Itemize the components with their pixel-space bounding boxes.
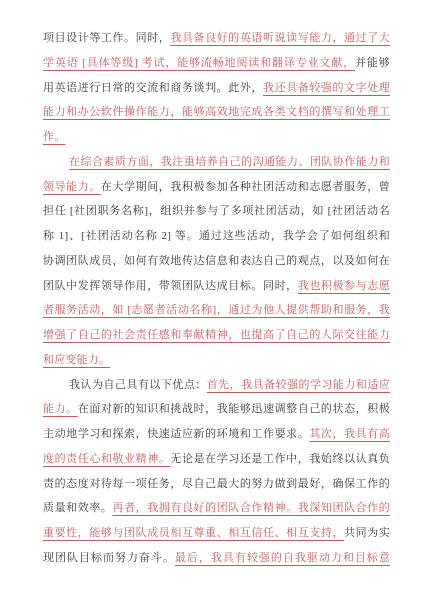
text-line: 重要性，能够与团队成员相互尊重、相互信任、相互支持，共同为实 bbox=[43, 521, 390, 546]
text-segment: 质量和效率。 bbox=[43, 502, 112, 514]
text-segment: 协调团队成员，如何有效地传达信息和表达自己的观点，以及如何在 bbox=[43, 255, 390, 267]
text-segment: 在大学期间，我积极参加各种社团活动和志愿者服务，曾 bbox=[101, 181, 390, 193]
text-line: 质量和效率。再者，我拥有良好的团队合作精神。我深知团队合作的 bbox=[43, 496, 390, 521]
text-line: 能力。在面对新的知识和挑战时，我能够迅速调整自己的状态，积极 bbox=[43, 397, 390, 422]
inserted-text-segment: 增强了自己的社会责任感和奉献精神，也提高了自己的人际交往能力 bbox=[43, 329, 390, 341]
text-line: 增强了自己的社会责任感和奉献精神，也提高了自己的人际交往能力 bbox=[43, 323, 390, 348]
text-segment: 在面对新的知识和挑战时，我能够迅速调整自己的状态，积极 bbox=[78, 403, 390, 415]
inserted-text-segment: 度的责任心和敬业精神。 bbox=[43, 453, 170, 465]
text-line: 领导能力。在大学期间，我积极参加各种社团活动和志愿者服务，曾 bbox=[43, 175, 390, 200]
inserted-text-segment: 学英语 [具体等级] 考试，能够流畅地阅读和翻译专业文献， bbox=[43, 57, 355, 69]
inserted-text-segment: 和应变能力。 bbox=[43, 354, 110, 366]
inserted-text-segment: 我也积极参与志愿 bbox=[298, 280, 390, 292]
text-segment: 现团队目标而努力奋斗。 bbox=[43, 552, 175, 564]
inserted-text-segment: 我还具备较强的文字处理 bbox=[263, 82, 390, 94]
text-segment: 团队中发挥领导作用，带领团队达成目标。同时， bbox=[43, 280, 298, 292]
text-line: 能力和办公软件操作能力，能够高效地完成各类文档的撰写和处理工 bbox=[43, 100, 390, 125]
text-segment: 责的态度对待每一项任务，尽自己最大的努力做到最好，确保工作的 bbox=[43, 478, 390, 490]
text-line: 称 1]、[社团活动名称 2] 等。通过这些活动，我学会了如何组织和 bbox=[43, 224, 390, 249]
text-segment: 我认为自己具有以下优点： bbox=[69, 379, 207, 391]
inserted-text-segment: 首先，我具备较强的学习能力和适应 bbox=[207, 379, 390, 391]
text-segment: 无论是在学习还是工作中，我始终以认真负 bbox=[170, 453, 390, 465]
text-line: 和应变能力。 bbox=[43, 348, 390, 373]
inserted-text-segment: 在综合素质方面，我注重培养自己的沟通能力、团队协作能力和 bbox=[69, 156, 390, 168]
text-line: 作。 bbox=[43, 125, 390, 150]
text-line: 项目设计等工作。同时，我具备良好的英语听说读写能力，通过了大 bbox=[43, 26, 390, 51]
inserted-text-segment: 再者，我拥有良好的团队合作精神。我深知团队合作的 bbox=[112, 502, 390, 514]
text-line: 团队中发挥领导作用，带领团队达成目标。同时，我也积极参与志愿 bbox=[43, 274, 390, 299]
document-content: 项目设计等工作。同时，我具备良好的英语听说读写能力，通过了大学英语 [具体等级]… bbox=[43, 26, 390, 571]
text-line: 担任 [社团职务名称]，组织并参与了多项社团活动，如 [社团活动名 bbox=[43, 199, 390, 224]
inserted-text-segment: 领导能力。 bbox=[43, 181, 101, 193]
text-line: 协调团队成员，如何有效地传达信息和表达自己的观点，以及如何在 bbox=[43, 249, 390, 274]
inserted-text-segment: 能力。 bbox=[43, 403, 78, 415]
text-segment: 用英语进行日常的交流和商务谈判。此外， bbox=[43, 82, 263, 94]
text-line: 我认为自己具有以下优点：首先，我具备较强的学习能力和适应 bbox=[43, 373, 390, 398]
document-page: 项目设计等工作。同时，我具备良好的英语听说读写能力，通过了大学英语 [具体等级]… bbox=[0, 0, 432, 600]
inserted-text-segment: 能力和办公软件操作能力，能够高效地完成各类文档的撰写和处理工 bbox=[43, 106, 390, 118]
inserted-text-segment: 其次，我具有高 bbox=[309, 428, 390, 440]
text-line: 责的态度对待每一项任务，尽自己最大的努力做到最好，确保工作的 bbox=[43, 472, 390, 497]
inserted-text-segment: 我具备良好的英语听说读写能力，通过了大 bbox=[170, 32, 390, 44]
text-line: 学英语 [具体等级] 考试，能够流畅地阅读和翻译专业文献，并能够 bbox=[43, 51, 390, 76]
text-line: 现团队目标而努力奋斗。最后，我具有较强的自我驱动力和目标意识。 bbox=[43, 546, 390, 571]
text-segment: 并能够 bbox=[355, 57, 390, 69]
text-line: 用英语进行日常的交流和商务谈判。此外，我还具备较强的文字处理 bbox=[43, 76, 390, 101]
text-line: 度的责任心和敬业精神。无论是在学习还是工作中，我始终以认真负 bbox=[43, 447, 390, 472]
inserted-text-segment: 作。 bbox=[43, 131, 65, 143]
text-segment: 共同为实 bbox=[344, 527, 390, 539]
text-line: 者服务活动，如 [志愿者活动名称]，通过为他人提供帮助和服务，我 bbox=[43, 298, 390, 323]
inserted-text-segment: 者服务活动，如 [志愿者活动名称]，通过为他人提供帮助和服务，我 bbox=[43, 304, 390, 316]
text-segment: 主动地学习和探索，快速适应新的环境和工作要求。 bbox=[43, 428, 309, 440]
inserted-text-segment: 重要性，能够与团队成员相互尊重、相互信任、相互支持， bbox=[43, 527, 344, 539]
text-line: 在综合素质方面，我注重培养自己的沟通能力、团队协作能力和 bbox=[43, 150, 390, 175]
text-segment: 担任 [社团职务名称]，组织并参与了多项社团活动，如 [社团活动名 bbox=[43, 205, 390, 217]
text-segment: 称 1]、[社团活动名称 2] 等。通过这些活动，我学会了如何组织和 bbox=[43, 230, 390, 242]
text-line: 主动地学习和探索，快速适应新的环境和工作要求。其次，我具有高 bbox=[43, 422, 390, 447]
text-segment: 项目设计等工作。同时， bbox=[43, 32, 170, 44]
